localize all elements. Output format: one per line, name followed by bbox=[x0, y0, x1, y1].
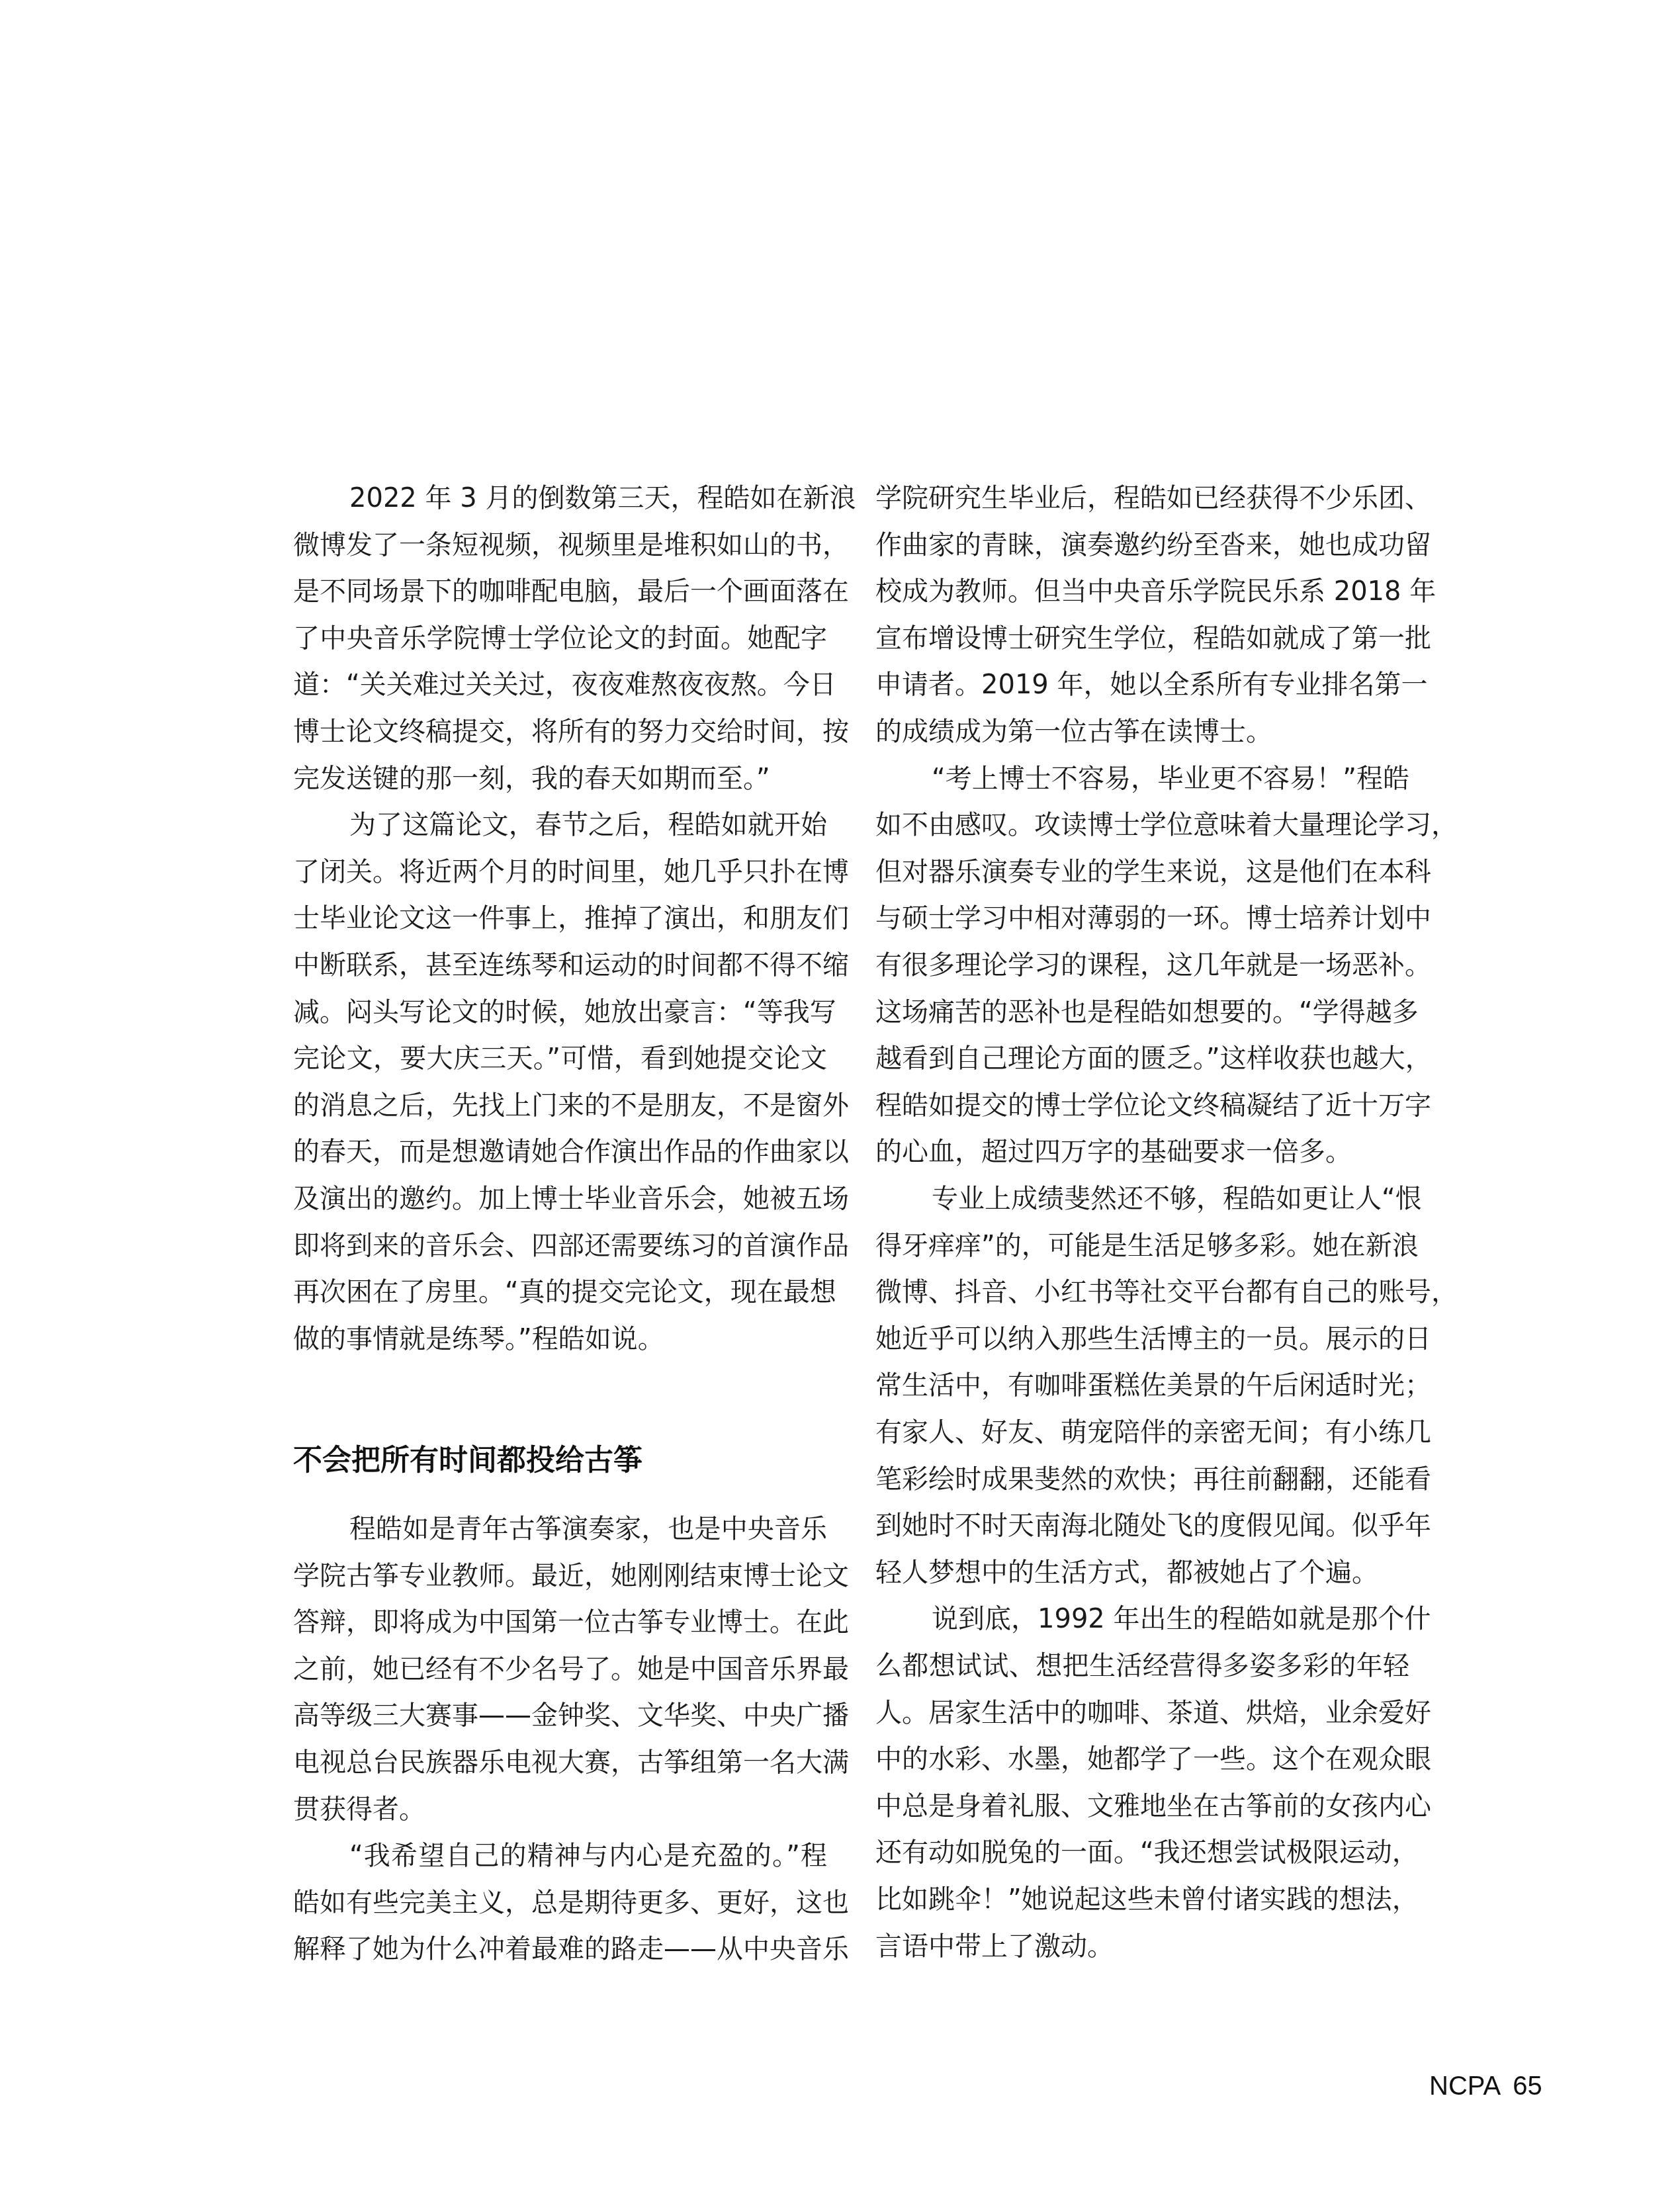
text-line: 再次困在了房里。“真的提交完论文，现在最想 bbox=[293, 1269, 827, 1315]
text-line: 学院古筝专业教师。最近，她刚刚结束博士论文 bbox=[293, 1553, 827, 1599]
text-line: 即将到来的音乐会、四部还需要练习的首演作品 bbox=[293, 1223, 827, 1269]
text-line: 的消息之后，先找上门来的不是朋友，不是窗外 bbox=[293, 1082, 827, 1129]
text-line: 的心血，超过四万字的基础要求一倍多。 bbox=[875, 1129, 1409, 1175]
text-line: 越看到自己理论方面的匮乏。”这样收获也越大， bbox=[875, 1035, 1409, 1082]
text-line: 皓如有些完美主义，总是期待更多、更好，这也 bbox=[293, 1880, 827, 1926]
text-line: 道：“关关难过关关过，夜夜难熬夜夜熬。今日 bbox=[293, 662, 827, 708]
text-line: 她近乎可以纳入那些生活博主的一员。展示的日 bbox=[875, 1316, 1409, 1362]
text-line: 解释了她为什么冲着最难的路走——从中央音乐 bbox=[293, 1926, 827, 1972]
magazine-page: 2022 年 3 月的倒数第三天，程皓如在新浪微博发了一条短视频，视频里是堆积如… bbox=[0, 0, 1680, 2188]
text-line: 作曲家的青睐，演奏邀约纷至沓来，她也成功留 bbox=[875, 522, 1409, 568]
text-line: 轻人梦想中的生活方式，都被她占了个遍。 bbox=[875, 1550, 1409, 1596]
text-line: 得牙痒痒”的，可能是生活足够多彩。她在新浪 bbox=[875, 1223, 1409, 1269]
text-line: 但对器乐演奏专业的学生来说，这是他们在本科 bbox=[875, 849, 1409, 895]
text-line: 的成绩成为第一位古筝在读博士。 bbox=[875, 709, 1409, 755]
text-line: 士毕业论文这一件事上，推掉了演出，和朋友们 bbox=[293, 895, 827, 941]
text-line: 完发送键的那一刻，我的春天如期而至。” bbox=[293, 756, 827, 802]
text-line: 言语中带上了激动。 bbox=[875, 1923, 1409, 1970]
text-line: 到她时不时天南海北随处飞的度假见闻。似乎年 bbox=[875, 1503, 1409, 1549]
text-line: 申请者。2019 年，她以全系所有专业排名第一 bbox=[875, 662, 1409, 708]
text-line: 人。居家生活中的咖啡、茶道、烘焙，业余爱好 bbox=[875, 1690, 1409, 1736]
left-column: 2022 年 3 月的倒数第三天，程皓如在新浪微博发了一条短视频，视频里是堆积如… bbox=[293, 0, 827, 2188]
text-line: 宣布增设博士研究生学位，程皓如就成了第一批 bbox=[875, 615, 1409, 662]
text-line: 微博发了一条短视频，视频里是堆积如山的书， bbox=[293, 522, 827, 568]
text-line: 还有动如脱兔的一面。“我还想尝试极限运动， bbox=[875, 1829, 1409, 1876]
text-line: 学院研究生毕业后，程皓如已经获得不少乐团、 bbox=[875, 475, 1409, 521]
text-line: 了中央音乐学院博士学位论文的封面。她配字 bbox=[293, 615, 827, 662]
text-line: 之前，她已经有不少名号了。她是中国音乐界最 bbox=[293, 1646, 827, 1692]
text-line: 有家人、好友、萌宠陪伴的亲密无间；有小练几 bbox=[875, 1409, 1409, 1456]
text-line: 么都想试试、想把生活经营得多姿多彩的年轻 bbox=[875, 1643, 1409, 1689]
text-line: 的春天，而是想邀请她合作演出作品的作曲家以 bbox=[293, 1129, 827, 1175]
text-line: 与硕士学习中相对薄弱的一环。博士培养计划中 bbox=[875, 895, 1409, 941]
text-line: 为了这篇论文，春节之后，程皓如就开始 bbox=[293, 802, 827, 848]
text-line: 中总是身着礼服、文雅地坐在古筝前的女孩内心 bbox=[875, 1783, 1409, 1829]
text-line: 了闭关。将近两个月的时间里，她几乎只扑在博 bbox=[293, 849, 827, 895]
text-line: 2022 年 3 月的倒数第三天，程皓如在新浪 bbox=[293, 475, 827, 521]
text-line: 减。闷头写论文的时候，她放出豪言：“等我写 bbox=[293, 989, 827, 1035]
text-line: 中的水彩、水墨，她都学了一些。这个在观众眼 bbox=[875, 1736, 1409, 1782]
text-line: 有很多理论学习的课程，这几年就是一场恶补。 bbox=[875, 942, 1409, 988]
text-line: 做的事情就是练琴。”程皓如说。 bbox=[293, 1316, 827, 1362]
text-line: 贯获得者。 bbox=[293, 1786, 827, 1833]
text-line: 博士论文终稿提交，将所有的努力交给时间，按 bbox=[293, 709, 827, 755]
right-column: 学院研究生毕业后，程皓如已经获得不少乐团、作曲家的青睐，演奏邀约纷至沓来，她也成… bbox=[875, 0, 1409, 2188]
page-number: 65 bbox=[1513, 2072, 1542, 2101]
text-line: 是不同场景下的咖啡配电脑，最后一个画面落在 bbox=[293, 568, 827, 615]
text-line: 高等级三大赛事——金钟奖、文华奖、中央广播 bbox=[293, 1692, 827, 1739]
text-line: “考上博士不容易，毕业更不容易！”程皓 bbox=[875, 756, 1409, 802]
text-line: 及演出的邀约。加上博士毕业音乐会，她被五场 bbox=[293, 1176, 827, 1222]
text-line: 程皓如提交的博士学位论文终稿凝结了近十万字 bbox=[875, 1082, 1409, 1129]
text-line: 比如跳伞！”她说起这些未曾付诸实践的想法， bbox=[875, 1876, 1409, 1923]
text-line: 如不由感叹。攻读博士学位意味着大量理论学习， bbox=[875, 802, 1409, 848]
publication-name: NCPA bbox=[1429, 2072, 1501, 2101]
text-line: 微博、抖音、小红书等社交平台都有自己的账号， bbox=[875, 1269, 1409, 1315]
text-line: 常生活中，有咖啡蛋糕佐美景的午后闲适时光； bbox=[875, 1362, 1409, 1409]
text-line: 完论文，要大庆三天。”可惜，看到她提交论文 bbox=[293, 1035, 827, 1082]
text-line: 这场痛苦的恶补也是程皓如想要的。“学得越多 bbox=[875, 989, 1409, 1035]
text-line: 程皓如是青年古筝演奏家，也是中央音乐 bbox=[293, 1506, 827, 1552]
text-line: 专业上成绩斐然还不够，程皓如更让人“恨 bbox=[875, 1176, 1409, 1222]
text-line: 中断联系，甚至连练琴和运动的时间都不得不缩 bbox=[293, 942, 827, 988]
text-line: 答辩，即将成为中国第一位古筝专业博士。在此 bbox=[293, 1599, 827, 1645]
text-line: “我希望自己的精神与内心是充盈的。”程 bbox=[293, 1833, 827, 1879]
text-line: 电视总台民族器乐电视大赛，古筝组第一名大满 bbox=[293, 1739, 827, 1786]
text-line: 校成为教师。但当中央音乐学院民乐系 2018 年 bbox=[875, 568, 1409, 615]
text-line: 笔彩绘时成果斐然的欢快；再往前翻翻，还能看 bbox=[875, 1456, 1409, 1503]
text-line: 说到底，1992 年出生的程皓如就是那个什 bbox=[875, 1596, 1409, 1642]
section-heading: 不会把所有时间都投给古筝 bbox=[293, 1438, 642, 1484]
page-footer: NCPA65 bbox=[1429, 2070, 1542, 2103]
